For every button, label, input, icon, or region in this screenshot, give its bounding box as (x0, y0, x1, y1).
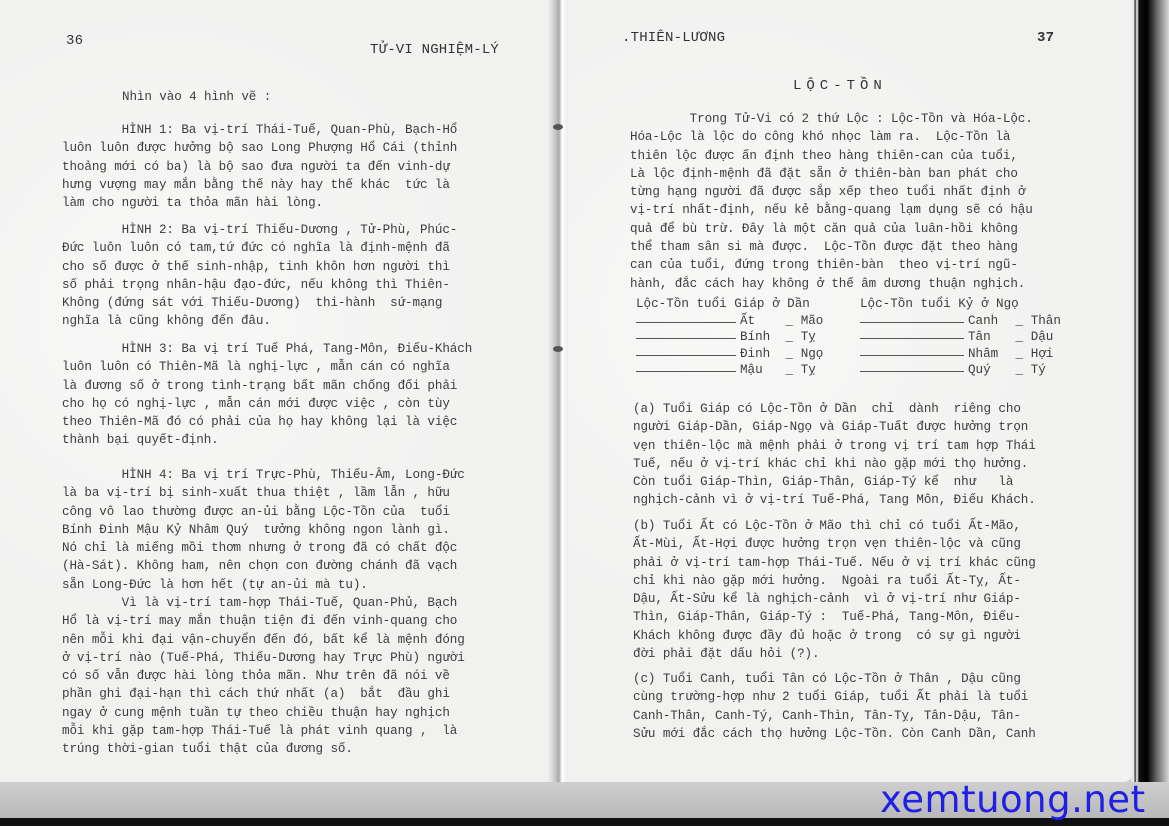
text-line: cùng trường-hợp như 2 tuổi Giáp, tuổi Ất… (633, 688, 1036, 706)
paragraph-c: (c) Tuổi Canh, tuổi Tân có Lộc-Tồn ở Thâ… (633, 670, 1036, 743)
separator: _ (1008, 346, 1031, 363)
separator: _ (1008, 329, 1031, 346)
text-line: (a) Tuổi Giáp có Lộc-Tồn ở Dần chỉ dành … (633, 400, 1036, 418)
left-running-head: TỬ-VI NGHIỆM-LÝ (370, 42, 499, 58)
table-header-row: Lộc-Tồn tuổi Kỷ ở Ngọ (860, 296, 1061, 313)
loc-ton-table-left: Lộc-Tồn tuổi Giáp ở DầnẤt _ MãoBính _ Tỵ… (636, 296, 823, 379)
text-line: Dậu, Ất-Sửu kể là nghịch-cảnh vì ở vị-tr… (633, 590, 1036, 608)
text-line: Hóa-Lộc là lộc do công khó nhọc làm ra. … (630, 128, 1033, 146)
text-line: hưng vượng may mắn bằng thế này hay thế … (62, 176, 457, 194)
text-line: Còn tuổi Giáp-Thìn, Giáp-Thân, Giáp-Tý k… (633, 473, 1036, 491)
paragraph-b: (b) Tuổi Ất có Lộc-Tồn ở Mão thì chỉ có … (633, 517, 1036, 663)
text-line: Vì là vị-trí tam-hợp Thái-Tuế, Quan-Phủ,… (62, 594, 465, 612)
text-line: Không (đứng sát với Thiếu-Dương) thi-hàn… (62, 294, 457, 312)
text-line: cho số được ở thế sinh-nhập, tinh khôn h… (62, 258, 457, 276)
paragraph-hinh-3: HÌNH 3: Ba vị trí Tuế Phá, Tang-Môn, Điế… (62, 340, 472, 450)
chi-cell: Tỵ (801, 362, 816, 379)
right-running-head: .THIÊN-LƯƠNG (622, 30, 725, 46)
text-line: thành bại quyết-định. (62, 431, 472, 449)
text-line: vẹn thiên-lộc mà mệnh phải ở trong vị tr… (633, 437, 1036, 455)
text-line: là đương số ở trong tình-trạng bất mãn c… (62, 377, 472, 395)
chi-cell: Tý (1031, 362, 1046, 379)
ditto-line (636, 313, 736, 323)
text-line: số phải trọng nhân-hậu đạo-đức, nếu khôn… (62, 276, 457, 294)
ditto-line (860, 362, 964, 372)
text-line: phần ghi đại-hạn thì cách thứ nhất (a) b… (62, 685, 465, 703)
paragraph-hinh-1: HÌNH 1: Ba vị-trí Thái-Tuế, Quan-Phù, Bạ… (62, 121, 457, 212)
text-line: mỗi khi gặp tam-hợp Thái-Tuế là phát vin… (62, 722, 465, 740)
paragraph-tam-hop: Vì là vị-trí tam-hợp Thái-Tuế, Quan-Phủ,… (62, 594, 465, 759)
separator: _ (1008, 362, 1031, 379)
text-line: ở vị-trí nào (Tuế-Phá, Thiếu-Dương hay T… (62, 649, 465, 667)
table-header-row: Lộc-Tồn tuổi Giáp ở Dần (636, 296, 823, 313)
can-cell: Ất (740, 313, 778, 330)
text-line: theo Thiên-Mã đó có phải của họ hay khôn… (62, 413, 472, 431)
paragraph-a: (a) Tuổi Giáp có Lộc-Tồn ở Dần chỉ dành … (633, 400, 1036, 510)
ditto-line (636, 362, 736, 372)
text-line: làm cho người ta thỏa mãn hài lòng. (62, 194, 457, 212)
ditto-line (860, 329, 964, 339)
paragraph-hinh-4: HÌNH 4: Ba vị trí Trực-Phù, Thiếu-Âm, Lo… (62, 466, 465, 594)
text-line: Canh-Thân, Canh-Tý, Canh-Thìn, Tân-Tỵ, T… (633, 707, 1036, 725)
text-line: hành, đắc cách hay không ở thế âm dương … (630, 275, 1033, 293)
separator: _ (778, 362, 801, 379)
text-line: cho họ có nghị-lực , mẫn cán mới được vi… (62, 395, 472, 413)
can-cell: Bính (740, 329, 778, 346)
can-cell: Canh (968, 313, 1008, 330)
text-line: (c) Tuổi Canh, tuổi Tân có Lộc-Tồn ở Thâ… (633, 670, 1036, 688)
text-line: có số vẫn được hài lòng thỏa mãn. Như tr… (62, 667, 465, 685)
text-line: đời phải đặt dấu hỏi (?). (633, 645, 1036, 663)
binding-staple (553, 346, 563, 352)
text-line: HÌNH 1: Ba vị-trí Thái-Tuế, Quan-Phù, Bạ… (62, 121, 457, 139)
text-line: luôn luôn có Thiên-Mã là nghị-lực , mẫn … (62, 358, 472, 376)
separator: _ (1008, 313, 1031, 330)
book-spine (548, 0, 568, 782)
text-line: Là lộc định-mệnh đã đặt sẵn ở thiên-bàn … (630, 165, 1033, 183)
ditto-line (860, 313, 964, 323)
text-line: Hổ là vị-trí may mắn thuận tiện đi đến v… (62, 612, 465, 630)
text-line: HÌNH 4: Ba vị trí Trực-Phù, Thiếu-Âm, Lo… (62, 466, 465, 484)
text-line: thiên lộc được ấn định theo hàng thiên-c… (630, 147, 1033, 165)
text-line: nghịch-cảnh vì ở vị-trí Tuế-Phá, Tang Mô… (633, 491, 1036, 509)
text-line: (b) Tuổi Ất có Lộc-Tồn ở Mão thì chỉ có … (633, 517, 1036, 535)
binding-staple (553, 124, 563, 130)
chi-cell: Dậu (1031, 329, 1054, 346)
text-line: Sửu mới đắc cách thọ hưởng Lộc-Tồn. Còn … (633, 725, 1036, 743)
text-line: Đức luôn luôn có tam,tứ đức có nghĩa là … (62, 239, 457, 257)
text-line: (Hà-Sát). Không ham, nên chọn con đường … (62, 557, 465, 575)
ditto-line (636, 329, 736, 339)
ditto-line (860, 346, 964, 356)
table-row: Canh _ Thân (860, 313, 1061, 330)
text-line: Tuế, nếu ở vị-trí khác chỉ khi nào gặp m… (633, 455, 1036, 473)
text-line: trúng thời-gian tuổi thật của đương số. (62, 740, 465, 758)
text-line: chỉ khi nào gặp mới hưởng. Ngoài ra tuổi… (633, 572, 1036, 590)
chi-cell: Mão (801, 313, 824, 330)
paragraph-intro-loc-ton: Trong Tử-Vi có 2 thứ Lộc : Lộc-Tồn và Hó… (630, 110, 1033, 293)
table-row: Ất _ Mão (636, 313, 823, 330)
text-line: Trong Tử-Vi có 2 thứ Lộc : Lộc-Tồn và Hó… (630, 110, 1033, 128)
text-line: thoảng mới có ba) là bộ sao đưa người ta… (62, 158, 457, 176)
chi-cell: Tỵ (801, 329, 816, 346)
section-title: LỘC-TỒN (793, 78, 887, 94)
ditto-line (636, 346, 736, 356)
text-line: công vô lao thường được an-ủi bằng Lộc-T… (62, 503, 465, 521)
table-row: Tân _ Dậu (860, 329, 1061, 346)
text-line: HÌNH 3: Ba vị trí Tuế Phá, Tang-Môn, Điế… (62, 340, 472, 358)
separator: _ (778, 329, 801, 346)
text-line: Ất-Mùi, Ất-Hợi được hưởng trọn vẹn thiên… (633, 535, 1036, 553)
text-line: từng hạng người đã được sắp xếp theo tuổ… (630, 183, 1033, 201)
chi-cell: Hợi (1031, 346, 1054, 363)
paragraph-hinh-2: HÌNH 2: Ba vị-trí Thiếu-Dương , Tử-Phù, … (62, 221, 457, 331)
table-row: Mậu _ Tỵ (636, 362, 823, 379)
can-cell: Đinh (740, 346, 778, 363)
text-line: người Giáp-Dần, Giáp-Ngọ và Giáp-Tuất đư… (633, 418, 1036, 436)
can-cell: Mậu (740, 362, 778, 379)
loc-ton-table-right: Lộc-Tồn tuổi Kỷ ở NgọCanh _ ThânTân _ Dậ… (860, 296, 1061, 379)
chi-cell: Ngọ (801, 346, 824, 363)
left-page-number: 36 (66, 33, 83, 49)
can-cell: Nhâm (968, 346, 1008, 363)
site-watermark: xemtuong.net (880, 778, 1146, 822)
text-line: phải ở vị-trí tam-hợp Thái-Tuế. Nếu ở vị… (633, 554, 1036, 572)
separator: _ (778, 346, 801, 363)
separator: _ (778, 313, 801, 330)
table-row: Nhâm _ Hợi (860, 346, 1061, 363)
text-line: ngay ở cung mệnh tuần tự theo chiều thuậ… (62, 704, 465, 722)
text-line: Thìn, Giáp-Thân, Giáp-Tý : Tuế-Phá, Tang… (633, 608, 1036, 626)
text-line: nên mỗi khi đại vận-chuyển đến đó, bất k… (62, 631, 465, 649)
text-line: là ba vị-trí bị sinh-xuất thua thiệt , l… (62, 484, 465, 502)
text-line: Bính Đinh Mậu Kỷ Nhâm Quý tưởng không ng… (62, 521, 465, 539)
can-cell: Tân (968, 329, 1008, 346)
text-line: thể tham sân si mà được. Lộc-Tồn được đặ… (630, 238, 1033, 256)
right-page-number: 37 (1037, 30, 1054, 46)
text-line: vị-trí nhất-định, nếu kẻ bằng-quang lạm … (630, 201, 1033, 219)
text-line: Khách không được đầy đủ hoặc ở trong có … (633, 627, 1036, 645)
text-line: Nó chỉ là miếng mồi thơm nhưng ở trong đ… (62, 539, 465, 557)
text-line: HÌNH 2: Ba vị-trí Thiếu-Dương , Tử-Phù, … (62, 221, 457, 239)
text-line: sẵn Long-Đức là hơn hết (tự an-ủi mà tu)… (62, 576, 465, 594)
chi-cell: Thân (1031, 313, 1061, 330)
text-line: quả để bù trừ. Đây là một căn quả của lu… (630, 220, 1033, 238)
table-row: Quý _ Tý (860, 362, 1061, 379)
book-right-edge (1131, 0, 1169, 782)
text-line: can của tuổi, đứng trong thiên-bàn theo … (630, 256, 1033, 274)
text-line: nghĩa là cũng không đến đâu. (62, 312, 457, 330)
table-row: Bính _ Tỵ (636, 329, 823, 346)
left-intro: Nhìn vào 4 hình vẽ : (122, 88, 271, 106)
text-line: luôn luôn được hưởng bộ sao Long Phượng … (62, 139, 457, 157)
table-row: Đinh _ Ngọ (636, 346, 823, 363)
can-cell: Quý (968, 362, 1008, 379)
